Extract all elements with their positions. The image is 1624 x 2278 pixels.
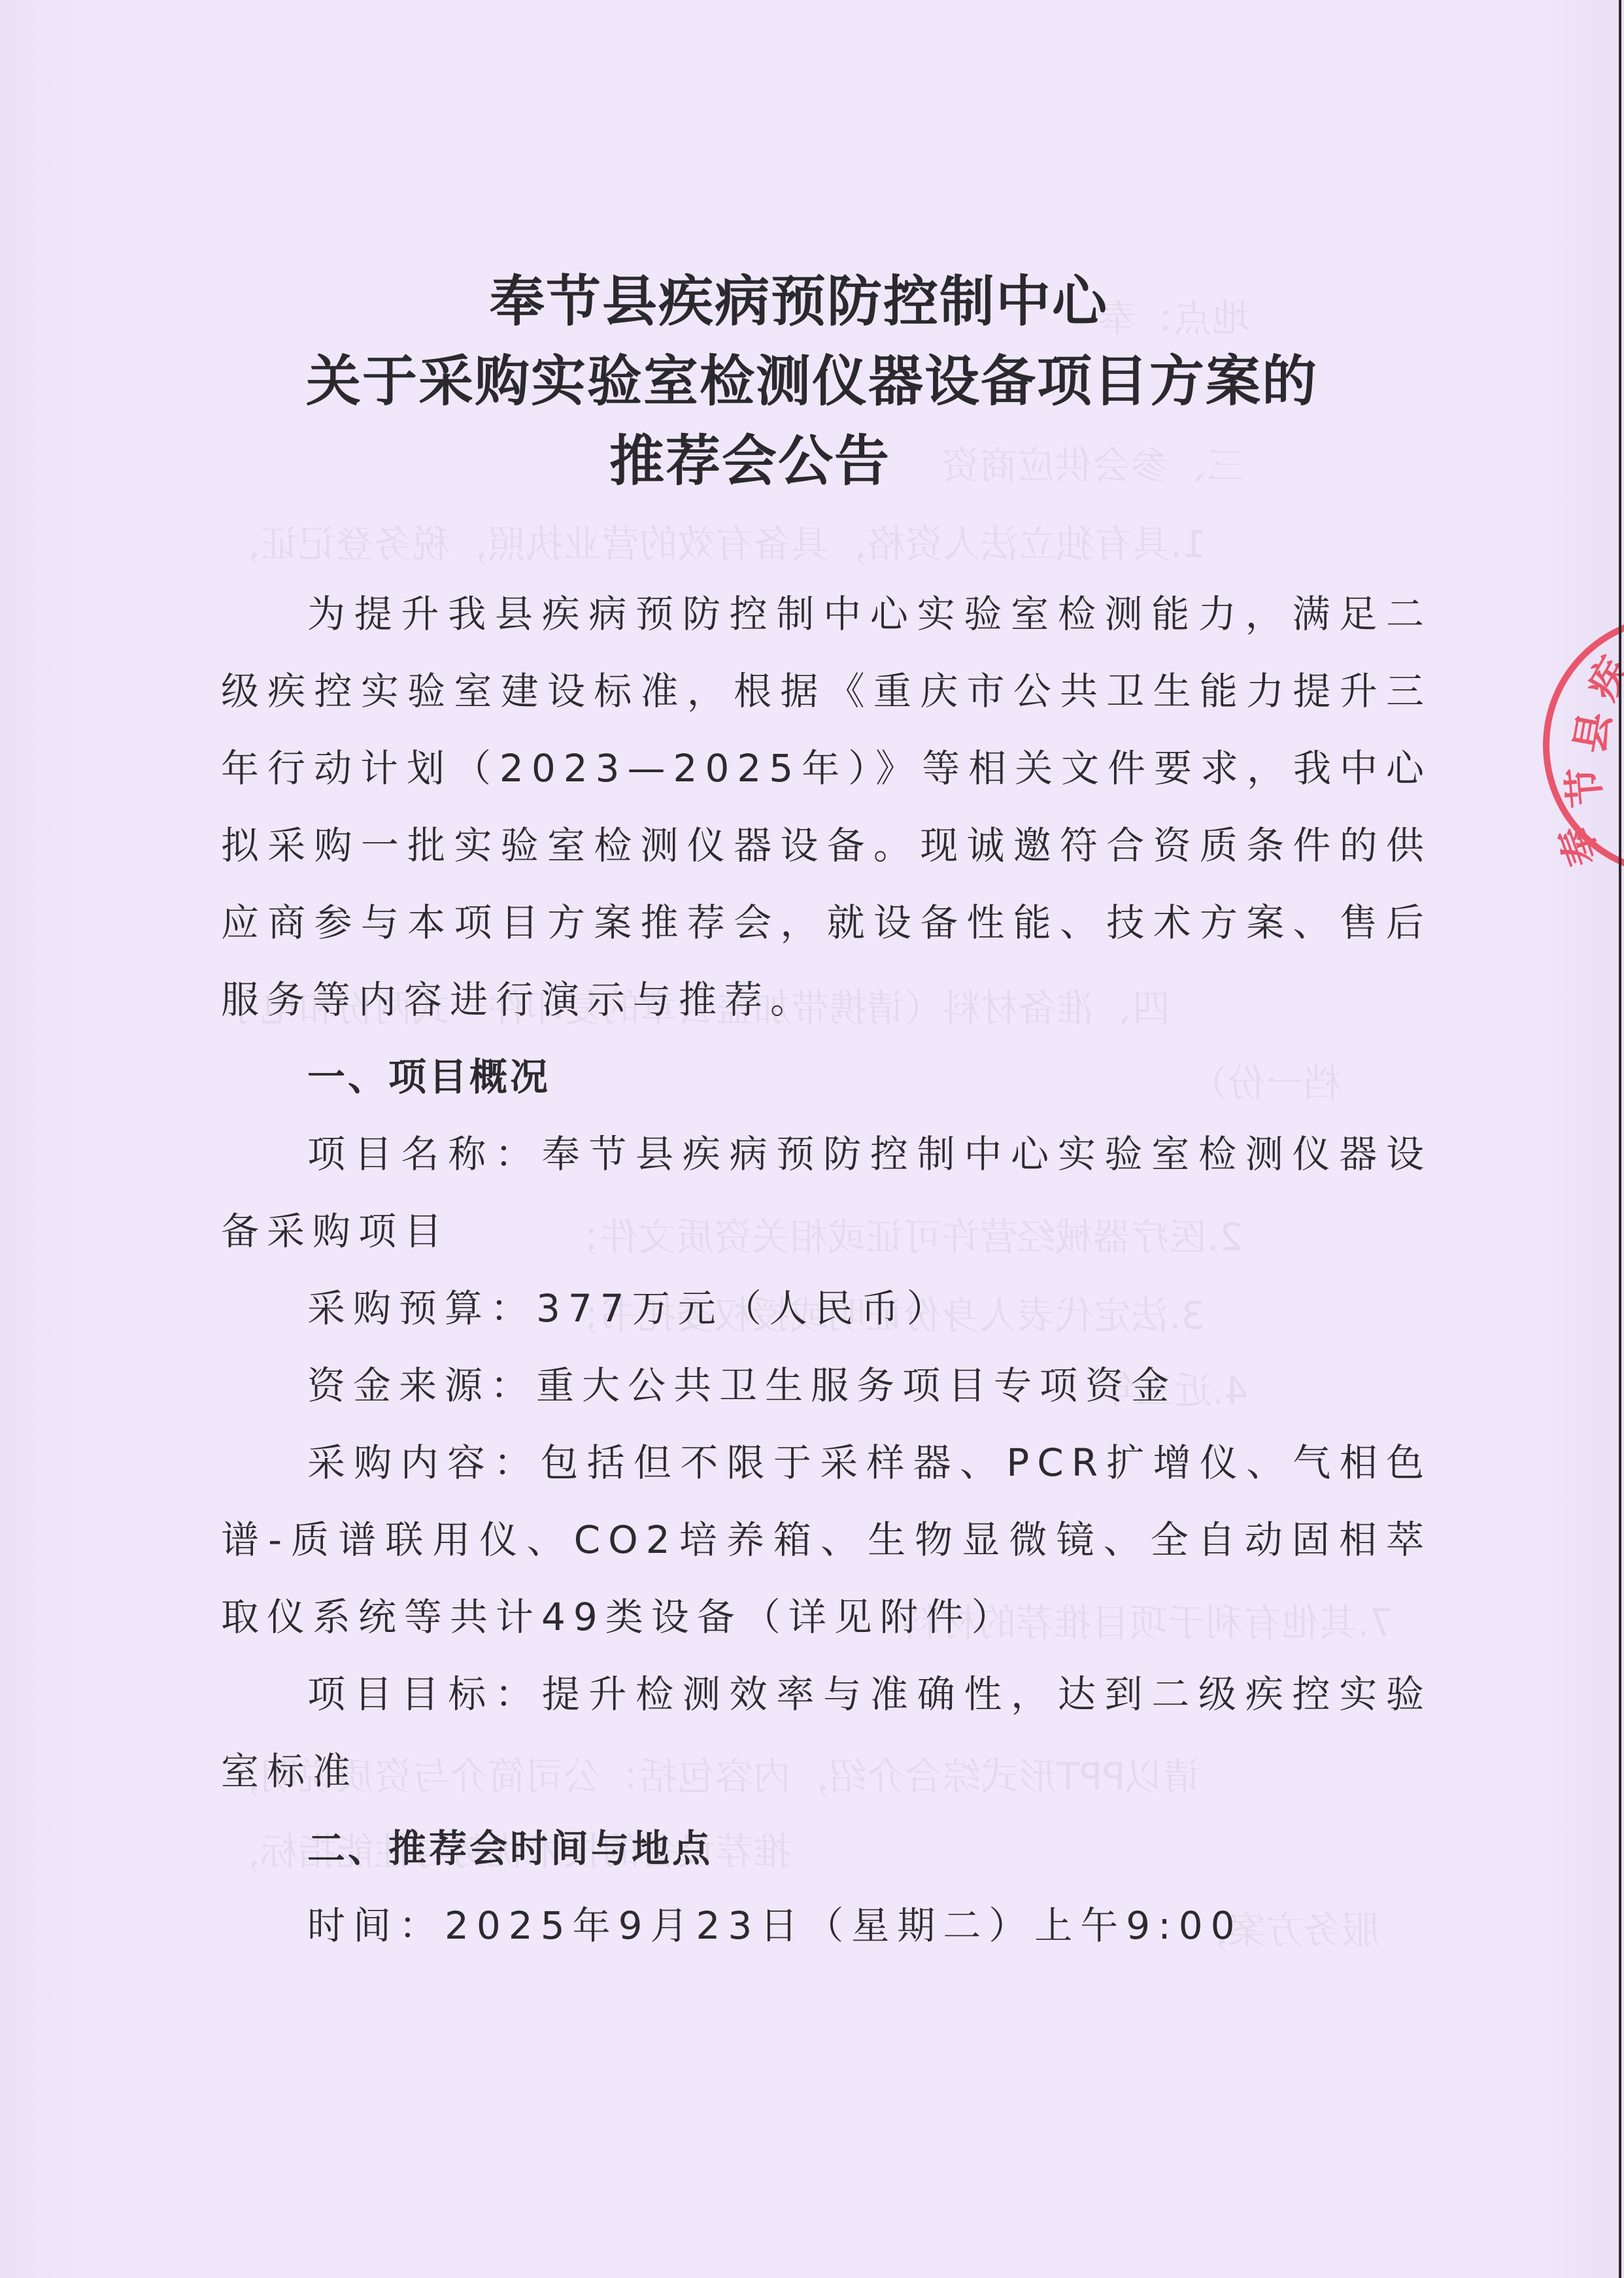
scan-edge-line [1619, 0, 1621, 2278]
scanned-page: 地点：奉 三、参会供应商资 1.具有独立法人资格，具备有效的营业执照，税务登记证… [0, 0, 1624, 2278]
title-line-1: 奉节县疾病预防控制中心 [0, 262, 1624, 341]
meeting-time: 时间：2025年9月23日（星期二）上午9:00 [221, 1887, 1432, 1964]
seal-char: 县 [1557, 707, 1621, 757]
intro-paragraph: 为提升我县疾病预防控制中心实验室检测能力，满足二级疾控实验室建设标准，根据《重庆… [221, 575, 1432, 1038]
section-1-heading: 一、项目概况 [221, 1038, 1432, 1115]
title-line-3: 推荐会公告 [0, 421, 1624, 501]
document-body: 为提升我县疾病预防控制中心实验室检测能力，满足二级疾控实验室建设标准，根据《重庆… [221, 575, 1432, 1964]
project-goal: 项目目标：提升检测效率与准确性，达到二级疾控实验室标准 [221, 1656, 1432, 1810]
seal-char: 奉 [1542, 817, 1611, 875]
section-2-heading: 二、推荐会时间与地点 [221, 1810, 1432, 1887]
project-name: 项目名称：奉节县疾病预防控制中心实验室检测仪器设备采购项目 [221, 1115, 1432, 1270]
seal-char: 疾 [1570, 644, 1624, 708]
procurement-content: 采购内容：包括但不限于采样器、PCR扩增仪、气相色谱-质谱联用仪、CO2培养箱、… [221, 1424, 1432, 1656]
document-title: 奉节县疾病预防控制中心 关于采购实验室检测仪器设备项目方案的 推荐会公告 [0, 262, 1624, 501]
title-line-2: 关于采购实验室检测仪器设备项目方案的 [0, 341, 1624, 421]
seal-char: 节 [1551, 765, 1612, 811]
official-seal: 奉 节 县 疾 [1543, 615, 1624, 876]
project-budget: 采购预算：377万元（人民币） [221, 1270, 1432, 1347]
funding-source: 资金来源：重大公共卫生服务项目专项资金 [221, 1347, 1432, 1424]
bleed-through-text: 1.具有独立法人资格，具备有效的营业执照，税务登记证， [222, 513, 1206, 568]
